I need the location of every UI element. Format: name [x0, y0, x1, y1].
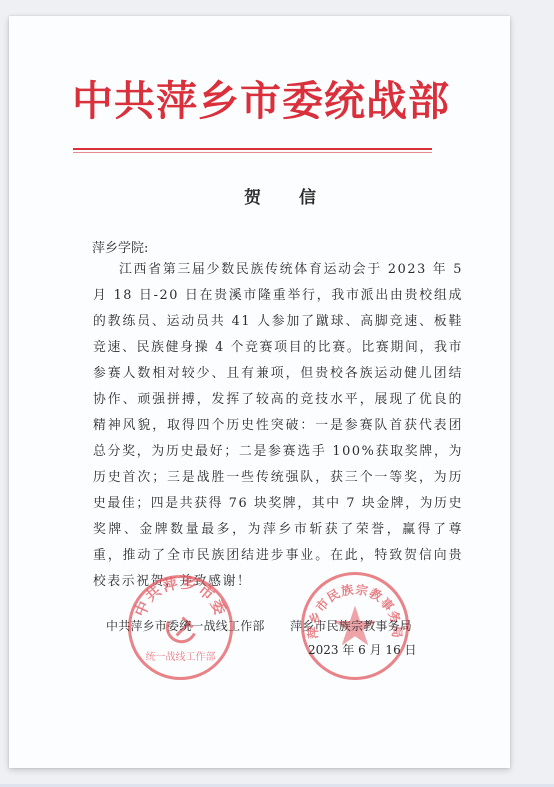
document-title: 贺 信 — [60, 183, 500, 208]
signer-right: 萍乡市民族宗教事务局 — [290, 617, 412, 634]
svg-text:中共萍乡市委: 中共萍乡市委 — [131, 574, 230, 620]
seal-arc-label: 中共萍乡市委 — [131, 574, 230, 620]
letter-body: 江西省第三届少数民族传统体育运动会于 2023 年 5 月 18 日-20 日在… — [93, 257, 463, 595]
masthead-rule-thick — [73, 148, 432, 150]
seal-bottom-label: 统一战线工作部 — [131, 648, 230, 663]
salutation: 萍乡学院: — [92, 237, 148, 256]
signer-left: 中共萍乡市委统一战线工作部 — [106, 617, 265, 634]
masthead-rule-thin — [73, 152, 432, 153]
signature-date: 2023 年 6 月 16 日 — [308, 641, 417, 658]
masthead-title: 中共萍乡市委统战部 — [72, 76, 446, 126]
